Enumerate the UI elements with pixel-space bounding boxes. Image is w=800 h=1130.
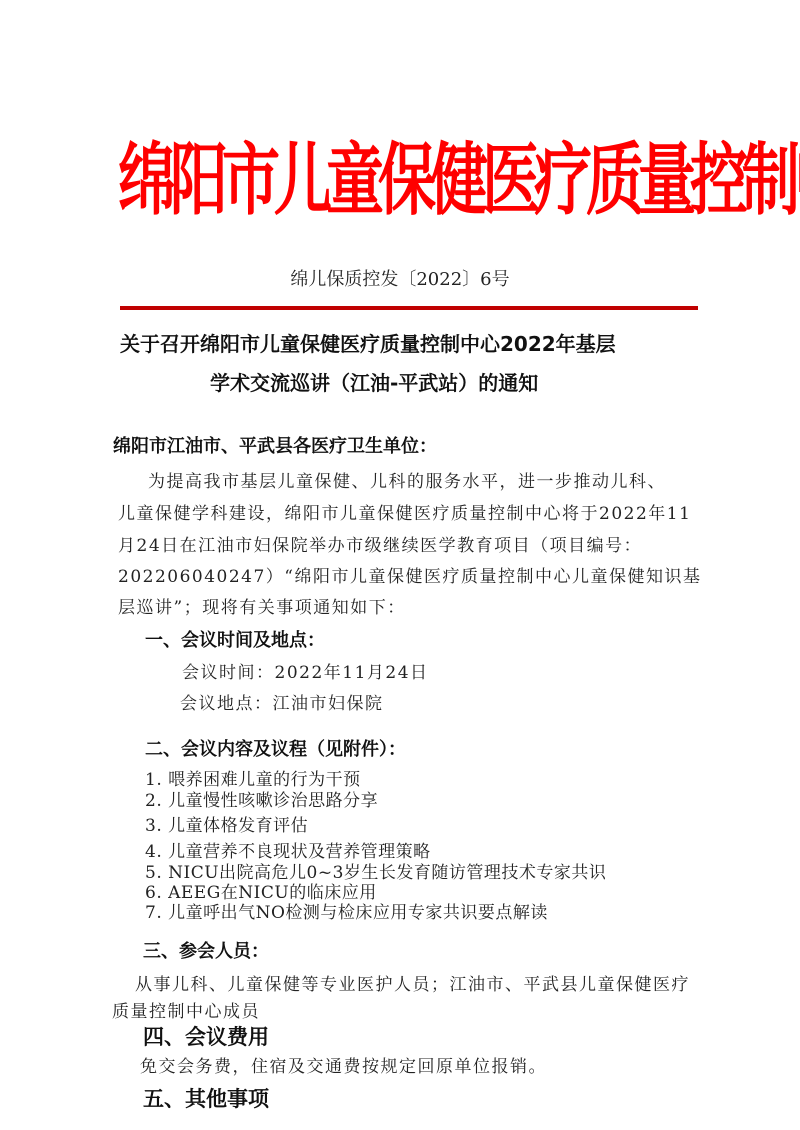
addressee: 绵阳市江油市、平武县各医疗卫生单位： (113, 432, 437, 458)
meeting-place: 会议地点：江油市妇保院 (180, 689, 384, 714)
notice-title-line2: 学术交流巡讲（江油-平武站）的通知 (210, 367, 538, 396)
agenda-item: 7. 儿童呼出气NO检测与检床应用专家共识要点解读 (145, 898, 548, 923)
red-divider (120, 306, 698, 310)
document-number: 绵儿保质控发〔2022〕6号 (0, 265, 800, 291)
fees-text: 免交会务费，住宿及交通费按规定回原单位报销。 (140, 1052, 547, 1077)
section-heading-time-place: 一、会议时间及地点： (145, 626, 325, 652)
attendees-line1: 从事儿科、儿童保健等专业医护人员；江油市、平武县儿童保健医疗 (135, 970, 690, 995)
agenda-item: 2. 儿童慢性咳嗽诊治思路分享 (145, 786, 378, 811)
section-heading-fees: 四、会议费用 (143, 1021, 269, 1051)
intro-line: 层巡讲”；现将有关事项通知如下： (118, 593, 406, 618)
intro-line: 月24日在江油市妇保院举办市级继续医学教育项目（项目编号： (118, 531, 642, 556)
intro-line: 为提高我市基层儿童保健、儿科的服务水平，进一步推动儿科、 (148, 467, 666, 492)
attendees-line2: 质量控制中心成员 (112, 997, 260, 1022)
notice-title-line1: 关于召开绵阳市儿童保健医疗质量控制中心2022年基层 (120, 328, 616, 357)
meeting-time: 会议时间：2022年11月24日 (182, 658, 429, 683)
section-heading-attendees: 三、参会人员： (143, 937, 269, 963)
section-heading-agenda: 二、会议内容及议程（见附件）： (145, 735, 406, 761)
intro-line: 儿童保健学科建设，绵阳市儿童保健医疗质量控制中心将于2022年11 (118, 499, 691, 524)
document-masthead: 绵阳市儿童保健医疗质量控制中心文件 (118, 113, 683, 248)
agenda-item: 3. 儿童体格发育评估 (145, 811, 308, 836)
intro-line: 202206040247）“绵阳市儿童保健医疗质量控制中心儿童保健知识基 (118, 562, 701, 587)
section-heading-other: 五、其他事项 (143, 1083, 269, 1113)
